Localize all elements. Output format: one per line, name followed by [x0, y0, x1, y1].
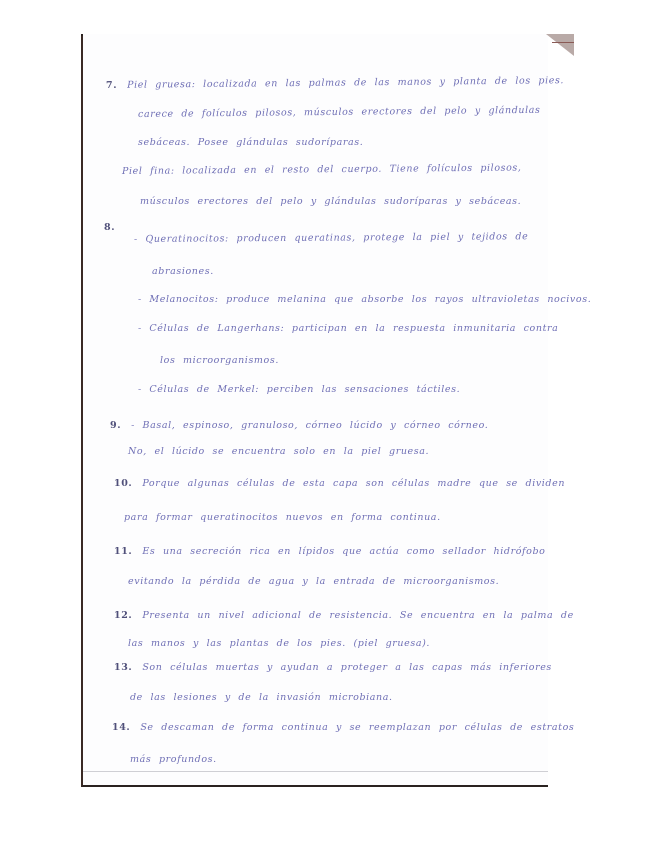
answer-7-line-5: músculos erectores del pelo y glándulas … — [140, 196, 521, 207]
answer-9-line-2: No, el lúcido se encuentra solo en la pi… — [128, 446, 429, 457]
answer-text: Piel gruesa: localizada en las palmas de… — [127, 75, 564, 91]
answer-9-line-1: 9.- Basal, espinoso, granuloso, córneo l… — [110, 420, 488, 431]
answer-number: 13. — [114, 662, 132, 673]
answer-13-line-2: de las lesiones y de la invasión microbi… — [130, 692, 393, 703]
answer-number: 11. — [114, 546, 132, 557]
answer-10-line-1: 10.Porque algunas células de esta capa s… — [114, 478, 565, 489]
answer-8-number: 8. — [104, 222, 125, 233]
answer-8-line-2: abrasiones. — [152, 266, 214, 277]
answer-7-line-3: sebáceas. Posee glándulas sudoríparas. — [138, 137, 363, 148]
answer-8-line-3: - Melanocitos: produce melanina que abso… — [138, 294, 591, 305]
answer-12-line-1: 12.Presenta un nivel adicional de resist… — [114, 610, 574, 621]
answer-number: 8. — [104, 222, 115, 233]
answer-number: 7. — [106, 80, 117, 91]
answer-8-line-5: los microorganismos. — [160, 355, 279, 366]
answer-11-line-1: 11.Es una secreción rica en lípidos que … — [114, 546, 545, 557]
handwritten-notes: 7.Piel gruesa: localizada en las palmas … — [0, 0, 655, 848]
answer-number: 12. — [114, 610, 132, 621]
answer-text: - Basal, espinoso, granuloso, córneo lúc… — [131, 420, 488, 431]
answer-text: Presenta un nivel adicional de resistenc… — [142, 610, 574, 621]
answer-8-line-6: - Células de Merkel: perciben las sensac… — [138, 384, 460, 395]
answer-number: 10. — [114, 478, 132, 489]
answer-number: 9. — [110, 420, 121, 431]
answer-number: 14. — [112, 722, 130, 733]
answer-7-line-1: 7.Piel gruesa: localizada en las palmas … — [106, 75, 564, 91]
answer-text: Porque algunas células de esta capa son … — [142, 478, 565, 489]
answer-14-line-1: 14.Se descaman de forma continua y se re… — [112, 722, 574, 733]
answer-8-line-1: - Queratinocitos: producen queratinas, p… — [134, 231, 528, 245]
answer-14-line-2: más profundos. — [130, 754, 217, 765]
answer-text: Es una secreción rica en lípidos que act… — [142, 546, 545, 557]
answer-text: Se descaman de forma continua y se reemp… — [140, 722, 574, 733]
answer-10-line-2: para formar queratinocitos nuevos en for… — [124, 512, 441, 523]
answer-8-line-4: - Células de Langerhans: participan en l… — [138, 323, 558, 334]
answer-7-line-4: Piel fina: localizada en el resto del cu… — [122, 163, 522, 177]
answer-11-line-2: evitando la pérdida de agua y la entrada… — [128, 576, 499, 587]
answer-13-line-1: 13.Son células muertas y ayudan a proteg… — [114, 662, 552, 673]
answer-text: Son células muertas y ayudan a proteger … — [142, 662, 552, 673]
answer-12-line-2: las manos y las plantas de los pies. (pi… — [128, 638, 430, 649]
answer-7-line-2: carece de folículos pilosos, músculos er… — [138, 105, 541, 120]
